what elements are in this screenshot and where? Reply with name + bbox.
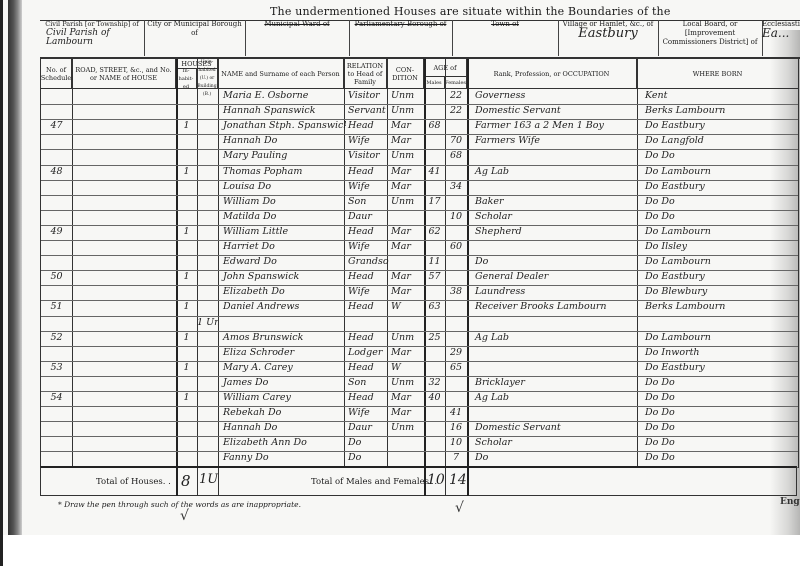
row-person-name: Hannah Spanswick (221, 105, 346, 116)
row-houses-inhabited: 1 (176, 166, 197, 177)
row-where-born: Do Do (643, 422, 800, 433)
row-person-name: Edward Do (221, 256, 346, 267)
row-relation: Wife (346, 241, 389, 252)
row-relation: Wife (346, 407, 389, 418)
row-occupation: Domestic Servant (473, 422, 639, 433)
row-person-name: Fanny Do (221, 452, 346, 463)
rule (467, 468, 469, 496)
row-where-born: Do Langfold (643, 135, 800, 146)
row-relation: Do (346, 452, 389, 463)
rule (176, 468, 178, 496)
row-age-male: 32 (424, 377, 445, 388)
row-condition: Mar (389, 286, 426, 297)
row-where-born: Do Blewbury (643, 286, 800, 297)
row-condition: Unm (389, 332, 426, 343)
row-occupation: Ag Lab (473, 392, 639, 403)
row-condition: Mar (389, 347, 426, 358)
row-relation: Do (346, 437, 389, 448)
row-person-name: Harriet Do (221, 241, 346, 252)
col-header-uninhabited: Unin-habited (U.) or Building (B.) (197, 69, 218, 89)
row-age-male: 62 (424, 226, 445, 237)
row-condition: Unm (389, 196, 426, 207)
total-houses-inhabited: 8 (181, 472, 191, 490)
row-schedule-number: 52 (41, 332, 72, 343)
row-age-female: 68 (445, 150, 467, 161)
field-label: Town of (452, 20, 558, 29)
row-age-male: 57 (424, 271, 445, 282)
col-header-occupation: Rank, Profession, or OCCUPATION (467, 59, 637, 89)
row-where-born: Do Lambourn (643, 166, 800, 177)
row-occupation: Farmer 163 a 2 Men 1 Boy (473, 120, 639, 131)
row-houses-inhabited: 1 (176, 301, 197, 312)
row-relation: Visitor (346, 150, 389, 161)
row-age-female: 41 (445, 407, 467, 418)
row-age-female: 60 (445, 241, 467, 252)
row-occupation: Laundress (473, 286, 639, 297)
row-where-born: Do Eastbury (643, 362, 800, 373)
row-age-female: 16 (445, 422, 467, 433)
field-value: Civil Parish of Lambourn (40, 29, 144, 47)
row-where-born: Do Eastbury (643, 120, 800, 131)
row-person-name: Matilda Do (221, 211, 346, 222)
row-occupation: Do (473, 256, 639, 267)
row-relation: Head (346, 301, 389, 312)
row-where-born: Do Lambourn (643, 226, 800, 237)
row-relation: Servant (346, 105, 389, 116)
row-occupation: Governess (473, 90, 639, 101)
row-occupation: Scholar (473, 211, 639, 222)
row-occupation: Receiver Brooks Lambourn (473, 301, 639, 312)
row-occupation: Farmers Wife (473, 135, 639, 146)
row-age-female: 7 (445, 452, 467, 463)
row-where-born: Berks Lambourn (643, 301, 800, 312)
col-header-relation: RELATION to Head of Family (344, 59, 387, 89)
margin-mark: Eng (780, 497, 800, 507)
row-age-male: 40 (424, 392, 445, 403)
row-condition: Mar (389, 135, 426, 146)
row-age-male: 25 (424, 332, 445, 343)
row-occupation: Ag Lab (473, 332, 639, 343)
row-occupation: Do (473, 452, 639, 463)
row-person-name: Mary Pauling (221, 150, 346, 161)
row-person-name: Amos Brunswick (221, 332, 346, 343)
rule (218, 468, 219, 496)
row-person-name: James Do (221, 377, 346, 388)
row-where-born: Do Lambourn (643, 332, 800, 343)
check-mark: √ (180, 508, 189, 524)
row-relation: Visitor (346, 90, 389, 101)
scan-edge (0, 0, 3, 566)
field-municipal-borough: City or Municipal Borough of (144, 20, 246, 56)
row-age-female: 29 (445, 347, 467, 358)
row-person-name: Elizabeth Ann Do (221, 437, 346, 448)
field-civil-parish: Civil Parish [or Township] of Civil Pari… (40, 20, 145, 56)
row-occupation: Scholar (473, 437, 639, 448)
row-condition: Mar (389, 392, 426, 403)
row-where-born: Do Do (643, 392, 800, 403)
totals-row: Total of Houses. . 8 1U Total of Males a… (40, 466, 797, 496)
row-occupation: Ag Lab (473, 166, 639, 177)
row-condition: Mar (389, 181, 426, 192)
field-town: Town of (452, 20, 559, 56)
col-header-inhabited: In-habit-ed (176, 69, 197, 89)
row-houses-inhabited: 1 (176, 362, 197, 373)
census-page: The undermentioned Houses are situate wi… (0, 0, 800, 535)
row-rule (41, 316, 798, 317)
row-person-name: Eliza Schroder (221, 347, 346, 358)
row-condition: W (389, 301, 426, 312)
field-ecclesiastical: Ecclesiastical Ea... (762, 20, 800, 56)
row-where-born: Do Do (643, 211, 800, 222)
row-person-name: Jonathan Stph. Spanswick (221, 120, 346, 131)
row-person-name: William Carey (221, 392, 346, 403)
row-houses-inhabited: 1 (176, 392, 197, 403)
field-local-board: Local Board, or [Improvement Commissione… (658, 20, 763, 56)
row-schedule-number: 50 (41, 271, 72, 282)
row-where-born: Do Lambourn (643, 256, 800, 267)
field-value: Ea... (762, 29, 800, 38)
row-relation: Wife (346, 135, 389, 146)
row-person-name: Daniel Andrews (221, 301, 346, 312)
row-where-born: Do Do (643, 407, 800, 418)
row-relation: Son (346, 377, 389, 388)
field-municipal-ward: Municipal Ward of (245, 20, 350, 56)
row-person-name: William Do (221, 196, 346, 207)
row-age-male: 41 (424, 166, 445, 177)
row-schedule-number: 53 (41, 362, 72, 373)
row-person-name: Hannah Do (221, 135, 346, 146)
row-relation: Wife (346, 286, 389, 297)
row-condition: Mar (389, 166, 426, 177)
row-person-name: Maria E. Osborne (221, 90, 346, 101)
row-relation: Head (346, 166, 389, 177)
row-schedule-number: 54 (41, 392, 72, 403)
row-condition: Mar (389, 241, 426, 252)
row-where-born: Kent (643, 90, 800, 101)
row-relation: Lodger (346, 347, 389, 358)
total-houses-uninhabited: 1U (199, 472, 218, 487)
field-label: Parliamentary Borough of (349, 20, 452, 29)
rule (197, 468, 198, 496)
row-age-female: 34 (445, 181, 467, 192)
row-relation: Head (346, 120, 389, 131)
row-where-born: Do Ilsley (643, 241, 800, 252)
col-header-where-born: WHERE BORN (637, 59, 798, 89)
row-condition: Mar (389, 120, 426, 131)
row-condition: Mar (389, 271, 426, 282)
total-persons-label: Total of Males and Females. . (311, 477, 437, 487)
row-relation: Head (346, 271, 389, 282)
row-person-name: William Little (221, 226, 346, 237)
row-condition: Unm (389, 150, 426, 161)
row-condition: Mar (389, 226, 426, 237)
row-houses-inhabited: 1 (176, 226, 197, 237)
row-person-name: Rebekah Do (221, 407, 346, 418)
row-relation: Son (346, 196, 389, 207)
total-houses-label: Total of Houses. . (96, 477, 171, 487)
row-occupation: Domestic Servant (473, 105, 639, 116)
row-condition: Unm (389, 105, 426, 116)
row-condition: Unm (389, 422, 426, 433)
row-where-born: Do Do (643, 377, 800, 388)
row-houses-uninhabited: 1 Un (197, 317, 218, 328)
row-where-born: Do Do (643, 150, 800, 161)
row-age-female: 38 (445, 286, 467, 297)
row-relation: Wife (346, 181, 389, 192)
census-table: No. of Schedule ROAD, STREET, &c., and N… (40, 58, 799, 468)
row-schedule-number: 47 (41, 120, 72, 131)
row-relation: Daur (346, 211, 389, 222)
row-person-name: Thomas Popham (221, 166, 346, 177)
field-parliamentary-borough: Parliamentary Borough of (349, 20, 453, 56)
rule (424, 468, 426, 496)
row-relation: Grandson (346, 256, 389, 267)
row-occupation: General Dealer (473, 271, 639, 282)
row-where-born: Do Do (643, 437, 800, 448)
check-mark: √ (455, 500, 464, 516)
row-relation: Head (346, 392, 389, 403)
total-females: 14 (449, 472, 467, 488)
field-value: Eastbury (558, 29, 658, 38)
row-age-male: 63 (424, 301, 445, 312)
row-occupation: Baker (473, 196, 639, 207)
row-houses-inhabited: 1 (176, 271, 197, 282)
field-label: Municipal Ward of (245, 20, 349, 29)
row-where-born: Do Inworth (643, 347, 800, 358)
row-where-born: Do Do (643, 452, 800, 463)
field-label: City or Municipal Borough of (144, 20, 245, 38)
row-age-male: 11 (424, 256, 445, 267)
col-header-males: Males (424, 77, 445, 89)
row-occupation: Bricklayer (473, 377, 639, 388)
row-relation: Daur (346, 422, 389, 433)
row-person-name: Mary A. Carey (221, 362, 346, 373)
row-relation: Head (346, 332, 389, 343)
row-schedule-number: 49 (41, 226, 72, 237)
row-person-name: Elizabeth Do (221, 286, 346, 297)
row-age-male: 17 (424, 196, 445, 207)
col-header-name: NAME and Surname of each Person (218, 59, 344, 89)
page-binding-shadow (8, 0, 22, 535)
total-males: 10 (427, 472, 445, 488)
row-age-female: 70 (445, 135, 467, 146)
row-where-born: Berks Lambourn (643, 105, 800, 116)
row-person-name: John Spanswick (221, 271, 346, 282)
row-person-name: Hannah Do (221, 422, 346, 433)
row-age-female: 22 (445, 90, 467, 101)
row-age-male: 68 (424, 120, 445, 131)
row-where-born: Do Do (643, 196, 800, 207)
row-condition: Unm (389, 90, 426, 101)
row-schedule-number: 51 (41, 301, 72, 312)
field-village: Village or Hamlet, &c., of Eastbury (558, 20, 659, 56)
col-header-females: Females (445, 77, 467, 89)
row-age-female: 10 (445, 437, 467, 448)
row-person-name: Louisa Do (221, 181, 346, 192)
row-houses-inhabited: 1 (176, 120, 197, 131)
row-relation: Head (346, 226, 389, 237)
col-header-condition: CON-DITION (387, 59, 424, 89)
row-schedule-number: 48 (41, 166, 72, 177)
row-relation: Head (346, 362, 389, 373)
row-occupation: Shepherd (473, 226, 639, 237)
row-condition: Unm (389, 377, 426, 388)
document-title: The undermentioned Houses are situate wi… (270, 5, 671, 18)
rule (445, 468, 446, 496)
col-header-road: ROAD, STREET, &c., and No. or NAME of HO… (72, 59, 176, 89)
row-condition: Mar (389, 407, 426, 418)
row-condition: W (389, 362, 426, 373)
row-age-female: 10 (445, 211, 467, 222)
field-label: Local Board, or [Improvement Commissione… (658, 20, 762, 47)
row-age-female: 65 (445, 362, 467, 373)
col-header-schedule: No. of Schedule (41, 59, 72, 89)
row-where-born: Do Eastbury (643, 271, 800, 282)
row-houses-inhabited: 1 (176, 332, 197, 343)
row-where-born: Do Eastbury (643, 181, 800, 192)
row-age-female: 22 (445, 105, 467, 116)
